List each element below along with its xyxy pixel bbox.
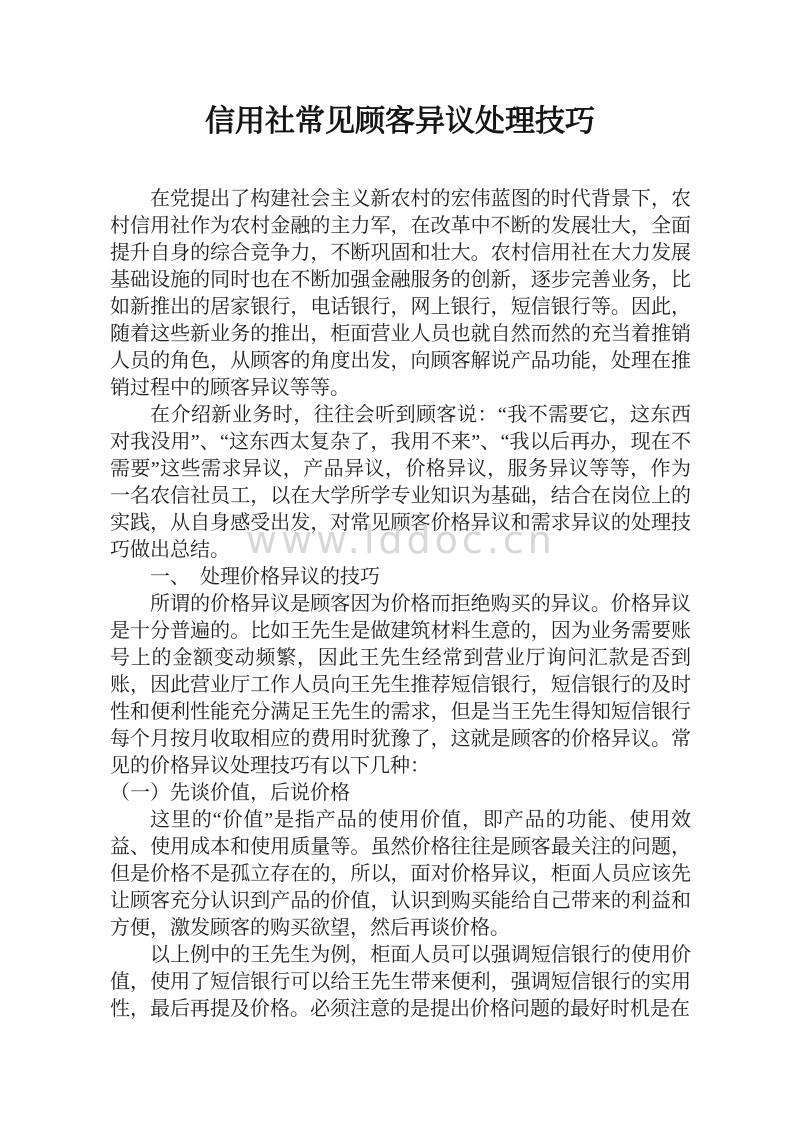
section-heading-1: 一、 处理价格异议的技巧 (110, 564, 691, 591)
subsection-heading-1-1: （一）先谈价值，后说价格 (110, 780, 691, 807)
paragraph-intro-2: 在介绍新业务时，往往会听到顾客说：“我不需要它，这东西对我没用”、“这东西太复杂… (110, 402, 691, 564)
document-page: 信用社常见顾客异议处理技巧 在党提出了构建社会主义新农村的宏伟蓝图的时代背景下，… (0, 0, 800, 1132)
paragraph-value-first: 这里的“价值”是指产品的使用价值，即产品的功能、使用效益、使用成本和使用质量等。… (110, 807, 691, 942)
paragraph-example-wang: 以上例中的王先生为例，柜面人员可以强调短信银行的使用价值，使用了短信银行可以给王… (110, 942, 691, 1023)
document-body: 在党提出了构建社会主义新农村的宏伟蓝图的时代背景下，农村信用社作为农村金融的主力… (110, 186, 691, 1023)
paragraph-intro-1: 在党提出了构建社会主义新农村的宏伟蓝图的时代背景下，农村信用社作为农村金融的主力… (110, 186, 691, 402)
document-title: 信用社常见顾客异议处理技巧 (0, 96, 800, 140)
paragraph-price-objection: 所谓的价格异议是顾客因为价格而拒绝购买的异议。价格异议是十分普遍的。比如王先生是… (110, 591, 691, 780)
